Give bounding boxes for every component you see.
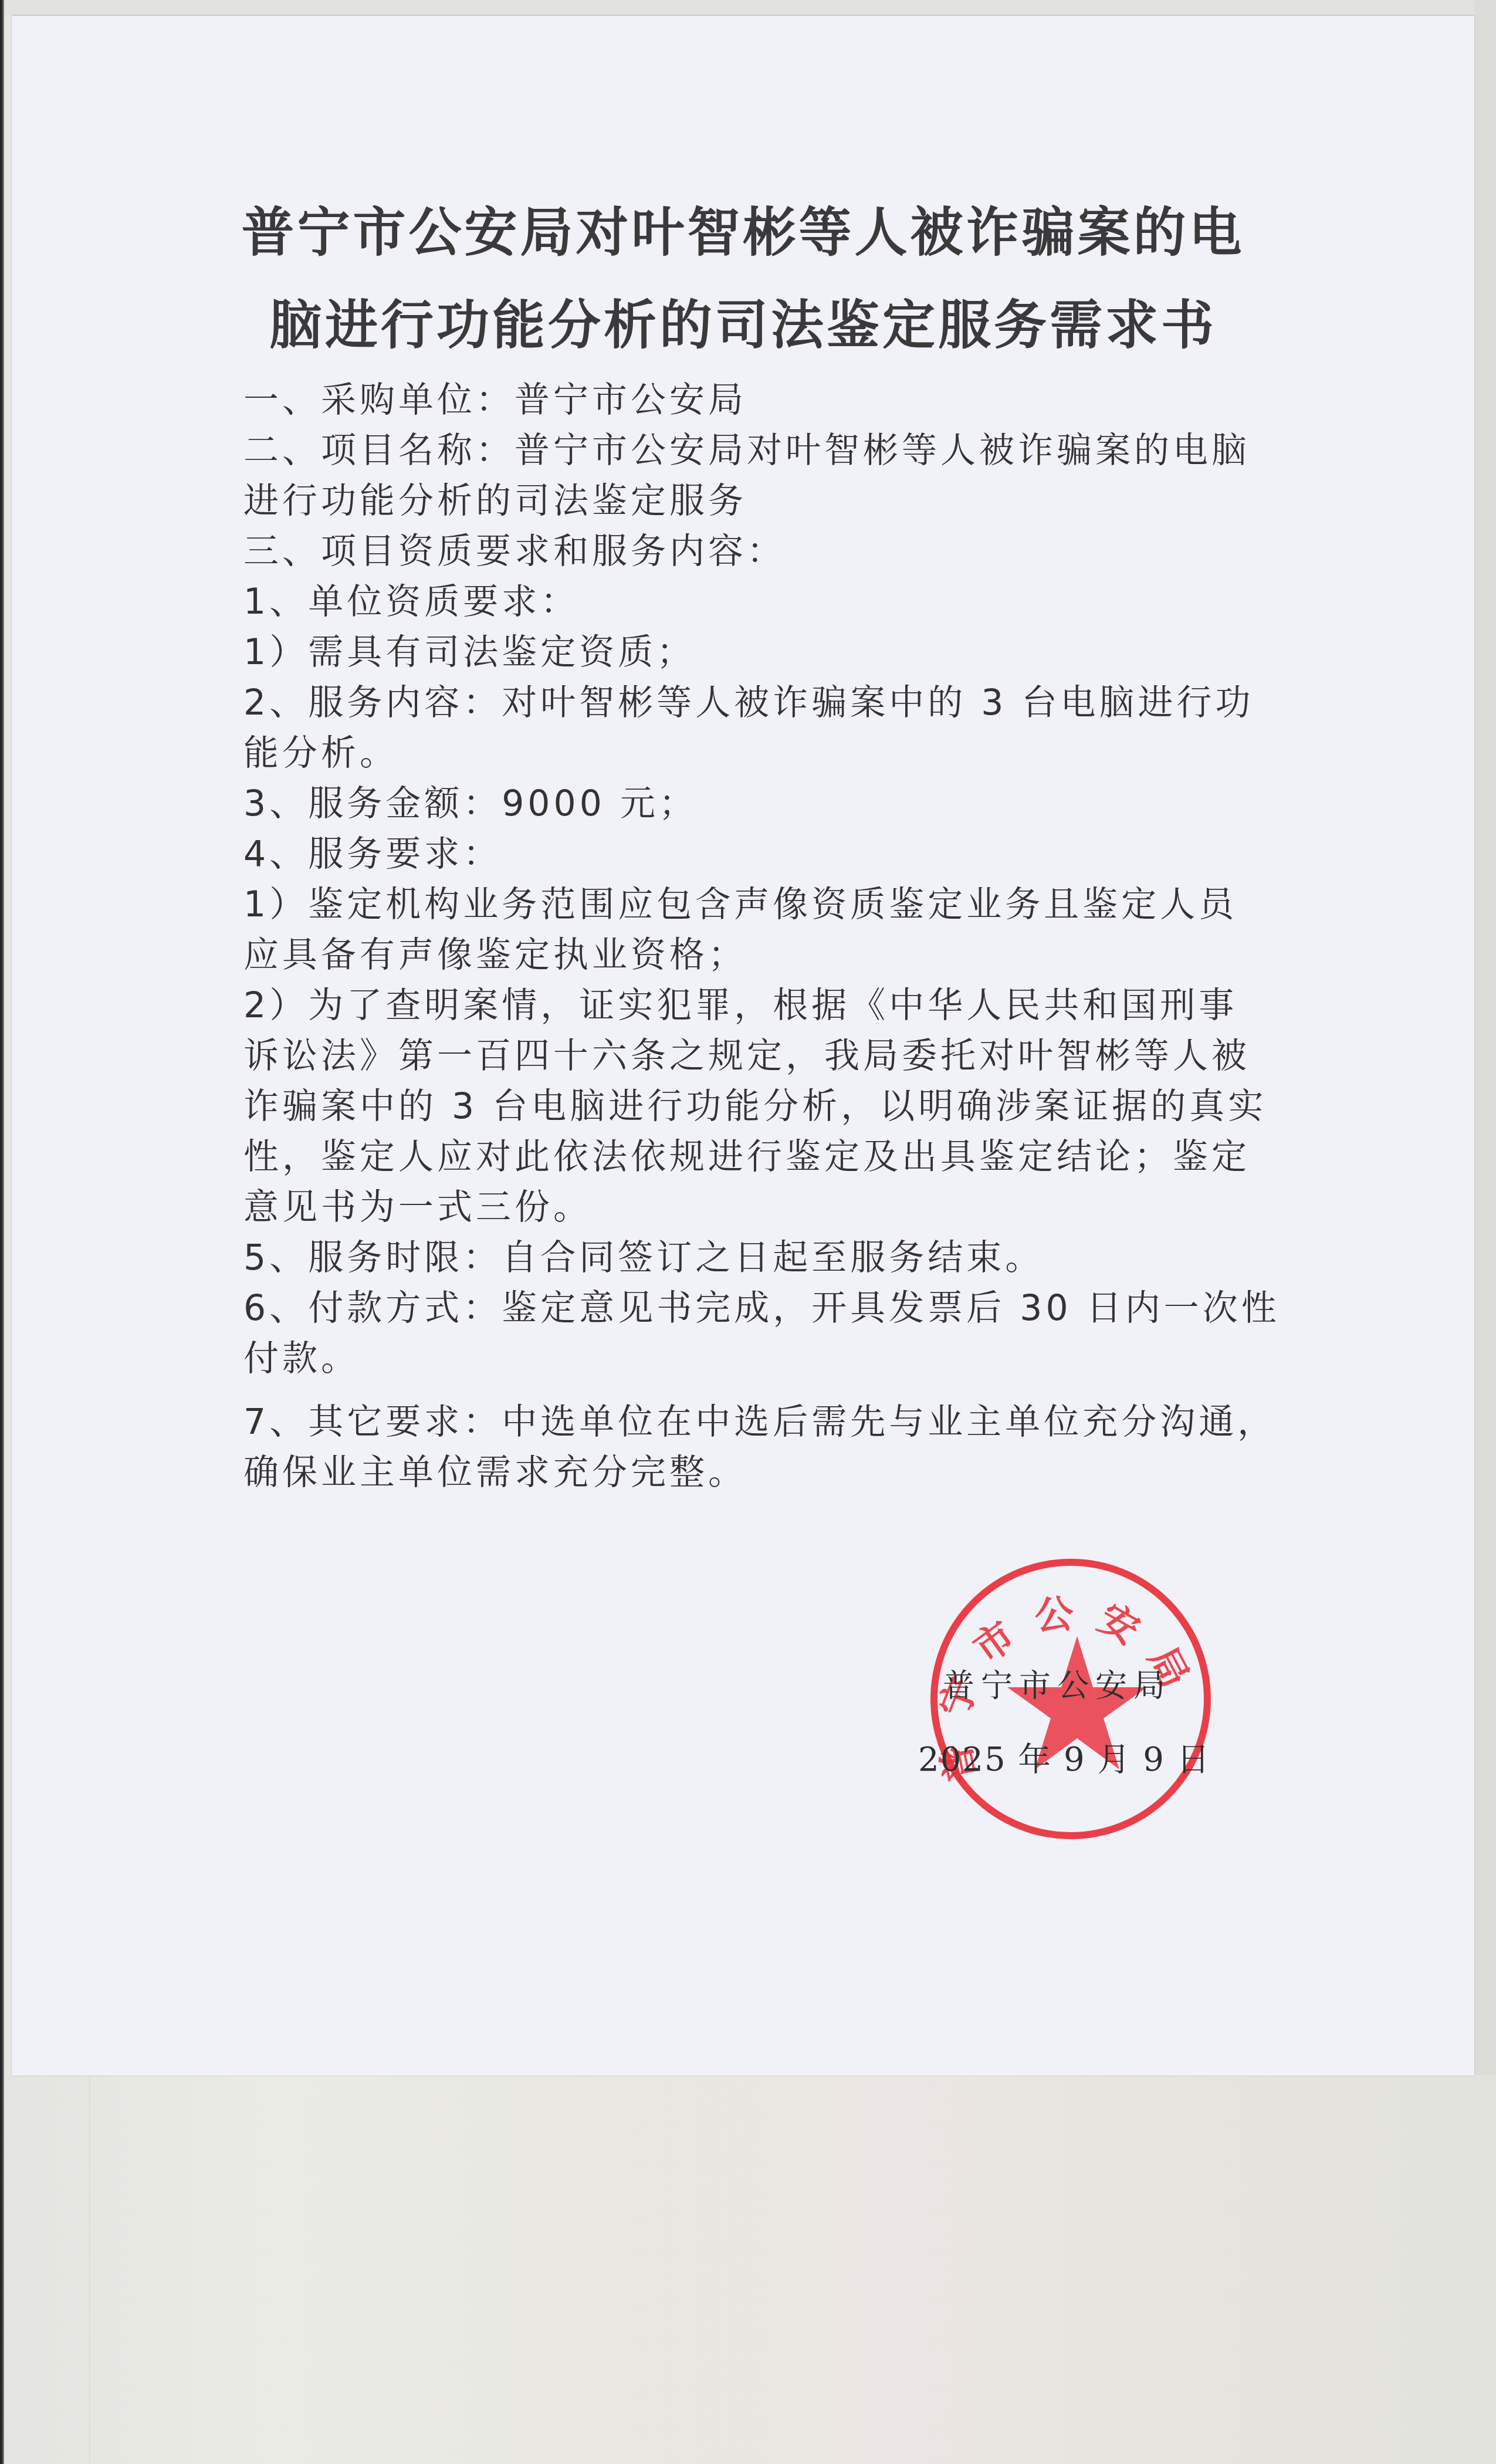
- subitem-legal-basis-cont-3: 性，鉴定人应对此依法依规进行鉴定及出具鉴定结论；鉴定: [243, 1132, 1276, 1182]
- subitem-legal-basis: 2）为了查明案情，证实犯罪，根据《中华人民共和国刑事: [243, 980, 1276, 1031]
- item-service-amount: 3、服务金额：9000 元；: [243, 779, 1276, 829]
- subitem-legal-basis-cont-2: 诈骗案中的 3 台电脑进行功能分析，以明确涉案证据的真实: [243, 1081, 1276, 1132]
- subitem-scope-requirement-cont: 应具备有声像鉴定执业资格；: [243, 930, 1276, 980]
- document-title-line-1: 普宁市公安局对叶智彬等人被诈骗案的电: [12, 204, 1474, 262]
- signature-organization: 普宁市公安局: [943, 1666, 1172, 1707]
- section-procurement-unit: 一、采购单位：普宁市公安局: [243, 375, 1276, 425]
- signature-date: 2025 年 9 月 9 日: [918, 1739, 1211, 1781]
- section-project-name-cont: 进行功能分析的司法鉴定服务: [243, 476, 1276, 526]
- item-other-requirements: 7、其它要求：中选单位在中选后需先与业主单位充分沟通，: [243, 1397, 1276, 1447]
- subitem-legal-basis-cont-1: 诉讼法》第一百四十六条之规定，我局委托对叶智彬等人被: [243, 1031, 1276, 1081]
- item-service-requirements: 4、服务要求：: [243, 829, 1276, 879]
- item-service-period: 5、服务时限：自合同签订之日起至服务结束。: [243, 1233, 1276, 1283]
- item-unit-qualification: 1、单位资质要求：: [243, 577, 1276, 627]
- scanner-dark-edge: [0, 0, 4, 2464]
- document-title-line-2: 脑进行功能分析的司法鉴定服务需求书: [12, 296, 1474, 355]
- item-payment-method-cont: 付款。: [243, 1333, 1276, 1384]
- document-page: 普宁市公安局对叶智彬等人被诈骗案的电 脑进行功能分析的司法鉴定服务需求书 一、采…: [12, 15, 1474, 2076]
- item-service-content: 2、服务内容：对叶智彬等人被诈骗案中的 3 台电脑进行功: [243, 678, 1276, 728]
- scanner-background-top: [4, 0, 1496, 15]
- item-service-content-cont: 能分析。: [243, 728, 1276, 779]
- paragraph-gap: [243, 1384, 1276, 1397]
- subitem-legal-basis-cont-4: 意见书为一式三份。: [243, 1182, 1276, 1233]
- item-payment-method: 6、付款方式：鉴定意见书完成，开具发票后 30 日内一次性: [243, 1283, 1276, 1333]
- document-body: 一、采购单位：普宁市公安局 二、项目名称：普宁市公安局对叶智彬等人被诈骗案的电脑…: [243, 375, 1276, 1498]
- subitem-judicial-qualification: 1）需具有司法鉴定资质；: [243, 627, 1276, 678]
- subitem-scope-requirement: 1）鉴定机构业务范围应包含声像资质鉴定业务且鉴定人员: [243, 879, 1276, 930]
- item-other-requirements-cont: 确保业主单位需求充分完整。: [243, 1447, 1276, 1498]
- scanner-background-bottom: [4, 2075, 1496, 2464]
- section-qualification-heading: 三、项目资质要求和服务内容：: [243, 526, 1276, 577]
- section-project-name: 二、项目名称：普宁市公安局对叶智彬等人被诈骗案的电脑: [243, 425, 1276, 476]
